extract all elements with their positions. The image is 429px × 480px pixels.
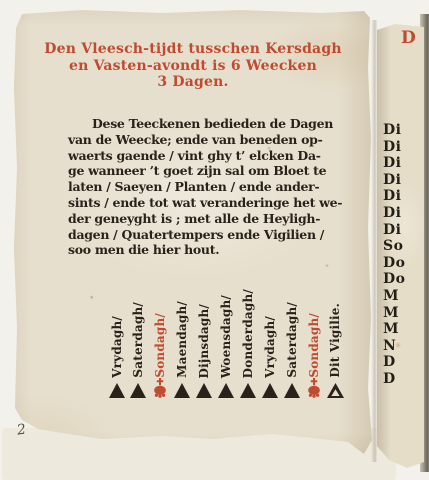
paragraph-line: waerts gaende / vint ghy t’ elcken Da- bbox=[68, 148, 364, 164]
day-label: Dit Vigilie. bbox=[329, 303, 341, 378]
day-label: Saterdagh/ bbox=[132, 302, 144, 378]
weekday-triangle-icon bbox=[284, 383, 300, 398]
adjacent-partial-line: Di bbox=[383, 188, 405, 205]
paragraph-line: ge wanneer ’t goet zijn sal om Bloet te bbox=[68, 163, 364, 179]
adjacent-partial-line: Di bbox=[383, 139, 405, 156]
body-paragraph: Dese Teeckenen bedieden de Dagenvan de W… bbox=[68, 116, 364, 258]
day-column: Dit Vigilie. bbox=[325, 284, 346, 398]
day-column: Dijnsdagh/ bbox=[194, 284, 215, 398]
day-label: Sondagh/ bbox=[308, 313, 320, 378]
adjacent-partial-line: N bbox=[383, 338, 405, 355]
adjacent-partial-line: D bbox=[383, 371, 405, 388]
sunday-marker bbox=[153, 381, 167, 398]
paragraph-line: der geneyght is ; met alle de Heyligh- bbox=[68, 211, 364, 227]
day-column: Sondagh/ bbox=[150, 284, 171, 398]
weekday-marker bbox=[130, 381, 146, 398]
adjacent-partial-line: M bbox=[383, 305, 405, 322]
day-column: Maendagh/ bbox=[172, 284, 193, 398]
page-fold-crease bbox=[371, 20, 378, 462]
sunday-cross-orb-icon bbox=[153, 378, 167, 398]
paragraph-line: sints / ende tot wat veranderinge het we… bbox=[68, 195, 364, 211]
adjacent-partial-text: DiDiDiDiDiDiDiSoDoDoMMMNDD bbox=[383, 122, 405, 388]
day-label: Dijnsdagh/ bbox=[198, 304, 210, 378]
weekday-marker bbox=[174, 381, 190, 398]
paragraph-line: dagen / Quatertempers ende Vigilien / bbox=[68, 227, 364, 243]
weekday-triangle-icon bbox=[196, 383, 212, 398]
heading-line: Den Vleesch-tijdt tusschen Kersdagh bbox=[12, 41, 374, 58]
day-column: Vrydagh/ bbox=[106, 284, 127, 398]
adjacent-partial-line: Di bbox=[383, 122, 405, 139]
day-label: Maendagh/ bbox=[176, 301, 188, 378]
weekday-triangle-icon bbox=[218, 383, 234, 398]
weekday-marker bbox=[218, 381, 234, 398]
paragraph-line: laten / Saeyen / Planten / ende ander- bbox=[68, 179, 364, 195]
day-label: Saterdagh/ bbox=[286, 302, 298, 378]
weekday-marker bbox=[262, 381, 278, 398]
heading-line: 3 Dagen. bbox=[12, 74, 374, 91]
heading-line: en Vasten-avondt is 6 Weecken bbox=[12, 58, 374, 75]
weekday-triangle-icon bbox=[174, 383, 190, 398]
day-label: Vrydagh/ bbox=[111, 316, 123, 378]
day-column: Vrydagh/ bbox=[259, 284, 280, 398]
day-label: Vrydagh/ bbox=[264, 316, 276, 378]
weekday-triangle-icon bbox=[130, 383, 146, 398]
day-column: Sondagh/ bbox=[303, 284, 324, 398]
adjacent-partial-line: M bbox=[383, 321, 405, 338]
weekday-marker bbox=[109, 381, 125, 398]
day-label: Sondagh/ bbox=[154, 313, 166, 378]
weekday-marker bbox=[284, 381, 300, 398]
sunday-cross-orb-icon bbox=[307, 378, 321, 398]
adjacent-partial-line: So bbox=[383, 238, 405, 255]
weekday-triangle-icon bbox=[109, 383, 125, 398]
adjacent-partial-line: Di bbox=[383, 172, 405, 189]
weekday-triangle-icon bbox=[240, 383, 256, 398]
adjacent-red-initial: D bbox=[401, 28, 416, 48]
adjacent-page: D DiDiDiDiDiDiDiSoDoDoMMMNDD bbox=[377, 24, 424, 470]
weekday-marker bbox=[240, 381, 256, 398]
vigil-open-triangle-icon bbox=[327, 383, 344, 398]
weekday-triangle-icon bbox=[262, 383, 278, 398]
day-column: Woensdagh/ bbox=[215, 284, 236, 398]
red-heading: Den Vleesch-tijdt tusschen Kersdaghen Va… bbox=[12, 41, 374, 91]
day-column: Saterdagh/ bbox=[128, 284, 149, 398]
adjacent-partial-line: Di bbox=[383, 205, 405, 222]
paragraph-line: soo men die hier hout. bbox=[68, 242, 364, 258]
paragraph-line: van de Weecke; ende van beneden op- bbox=[68, 132, 364, 148]
adjacent-partial-line: Do bbox=[383, 271, 405, 288]
adjacent-partial-line: Di bbox=[383, 222, 405, 239]
day-label: Woensdagh/ bbox=[220, 295, 232, 378]
adjacent-partial-line: D bbox=[383, 354, 405, 371]
almanac-page: Den Vleesch-tijdt tusschen Kersdaghen Va… bbox=[12, 8, 374, 460]
page-number-handwritten: 2 bbox=[16, 421, 27, 438]
sunday-marker bbox=[307, 381, 321, 398]
day-column: Donderdagh/ bbox=[237, 284, 258, 398]
day-label: Donderdagh/ bbox=[242, 289, 254, 378]
vigil-marker bbox=[327, 381, 344, 398]
adjacent-partial-line: M bbox=[383, 288, 405, 305]
adjacent-partial-line: Di bbox=[383, 155, 405, 172]
week-legend: Vrydagh/Saterdagh/Sondagh/Maendagh/Dijns… bbox=[106, 284, 346, 398]
paragraph-line: Dese Teeckenen bedieden de Dagen bbox=[68, 116, 364, 132]
adjacent-partial-line: Do bbox=[383, 255, 405, 272]
weekday-marker bbox=[196, 381, 212, 398]
day-column: Saterdagh/ bbox=[281, 284, 302, 398]
